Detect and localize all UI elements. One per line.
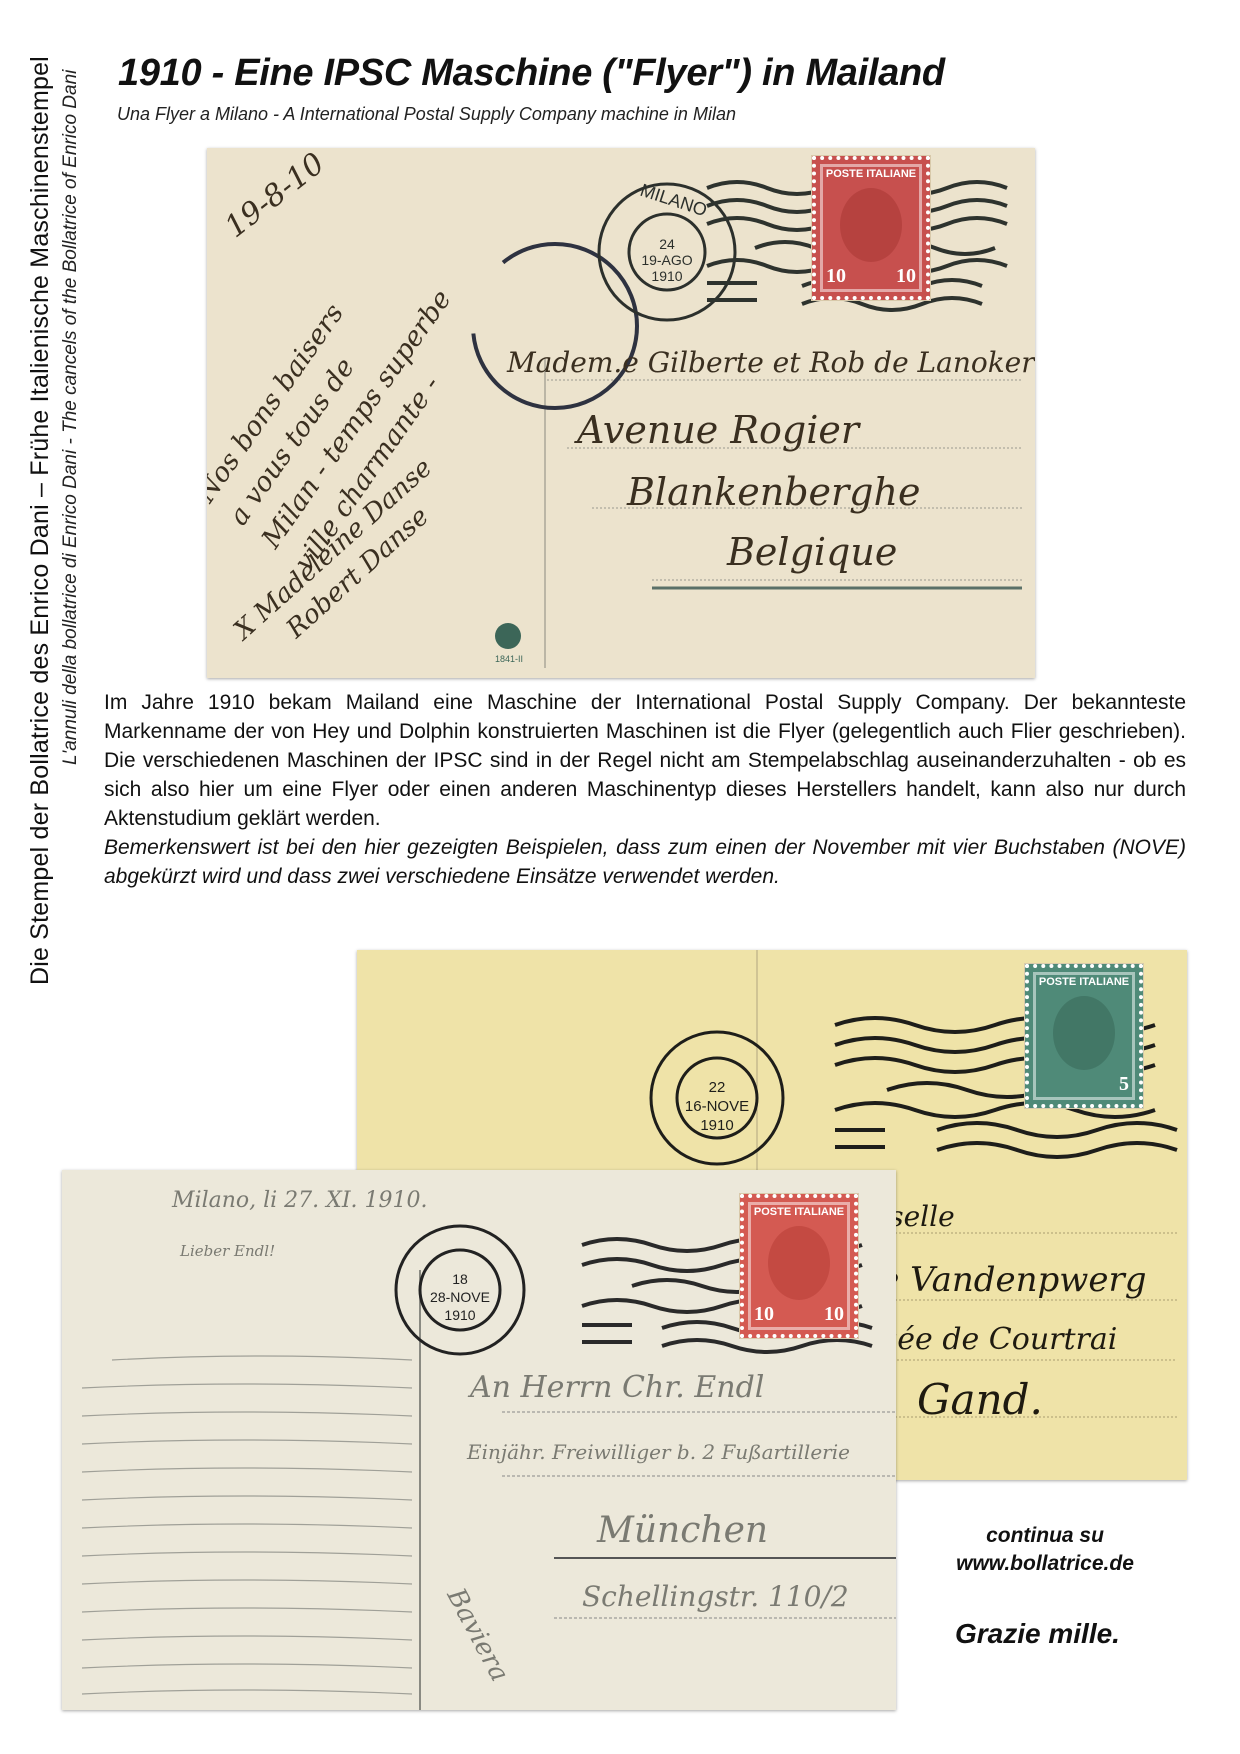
website-link[interactable]: www.bollatrice.de <box>930 1550 1160 1578</box>
address-line-4: Gand. <box>917 1375 1043 1424</box>
address-line-1: An Herrn Chr. Endl <box>470 1370 764 1405</box>
stamp-10-centesimi-red: POSTE ITALIANE 10 10 <box>740 1194 858 1338</box>
cancel-hour: 24 <box>625 236 709 252</box>
address-line-1: Madem.e Gilberte et Rob de Lanoker <box>507 346 1035 379</box>
address-line-4: Schellingstr. 110/2 <box>582 1580 849 1613</box>
article-paragraph: Im Jahre 1910 bekam Mailand eine Maschin… <box>104 688 1186 833</box>
cancel-date: 16-NOVE <box>675 1097 759 1116</box>
article-note: Bemerkenswert ist bei den hier gezeigten… <box>104 833 1186 891</box>
address-line-3: Blankenberghe <box>627 470 920 514</box>
page-title: 1910 - Eine IPSC Maschine ("Flyer") in M… <box>118 52 945 95</box>
cancel-hour: 18 <box>418 1270 502 1288</box>
thanks-text: Grazie mille. <box>955 1618 1120 1650</box>
cancel-year: 1910 <box>625 268 709 284</box>
continue-label: continua su <box>930 1522 1160 1550</box>
handwritten-dateline: Milano, li 27. XI. 1910. <box>172 1188 427 1213</box>
address-line-2: Avenue Rogier <box>577 408 859 452</box>
address-line-3: München <box>597 1510 768 1551</box>
article-text: Im Jahre 1910 bekam Mailand eine Maschin… <box>104 688 1186 891</box>
series-subtitle: L'annuli della bollatrice di Enrico Dani… <box>60 45 82 765</box>
cancel-year: 1910 <box>418 1306 502 1324</box>
handwritten-greeting: Lieber Endl! <box>180 1242 275 1260</box>
cancel-date: 28-NOVE <box>418 1288 502 1306</box>
page-subtitle: Una Flyer a Milano - A International Pos… <box>117 104 736 125</box>
postcard-milano-28-nove-1910: POSTE ITALIANE 10 10 18 28-NOVE 1910 Mil… <box>62 1170 896 1710</box>
continue-note: continua su www.bollatrice.de <box>930 1522 1160 1578</box>
cancel-year: 1910 <box>675 1116 759 1135</box>
postcard-milano-19-ago-1910: POSTE ITALIANE 10 10 24 19-AGO 1910 MILA… <box>207 148 1035 678</box>
cancel-hour: 22 <box>675 1078 759 1097</box>
address-line-4: Belgique <box>727 530 897 574</box>
cancel-date: 19-AGO <box>625 252 709 268</box>
publisher-mark: 1841-II <box>495 654 523 664</box>
address-line-2: Einjähr. Freiwilliger b. 2 Fußartillerie <box>467 1440 850 1464</box>
series-title: Die Stempel der Bollatrice des Enrico Da… <box>26 45 55 985</box>
stamp-10-centesimi-red: POSTE ITALIANE 10 10 <box>812 156 930 300</box>
pencil-message <box>82 1356 412 1694</box>
stamp-5-centesimi-green: POSTE ITALIANE 5 <box>1025 964 1143 1108</box>
